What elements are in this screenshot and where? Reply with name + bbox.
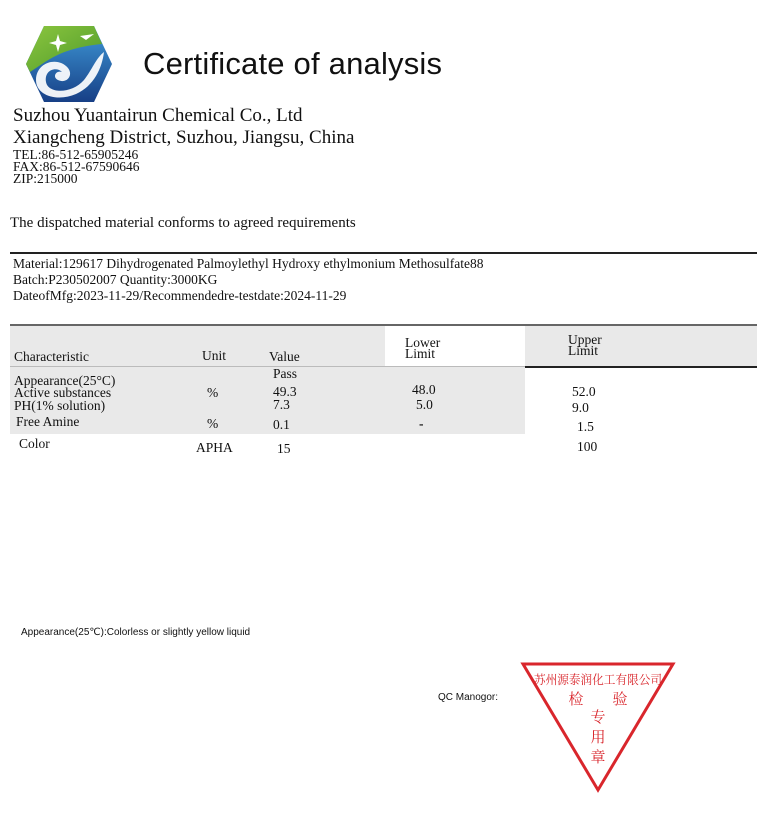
- batch-line: Batch:P230502007 Quantity:3000KG: [13, 272, 217, 288]
- header-unit: Unit: [202, 348, 226, 364]
- header-upper-limit-line2: Limit: [568, 345, 602, 356]
- divider: [10, 252, 757, 254]
- cell-lower-limit: -: [419, 417, 424, 430]
- cell-unit: %: [207, 386, 218, 399]
- svg-text:苏州源泰润化工有限公司: 苏州源泰润化工有限公司: [534, 672, 662, 687]
- cell-lower-limit: 5.0: [416, 398, 433, 411]
- header-characteristic: Characteristic: [14, 349, 89, 365]
- svg-text:检: 检: [568, 690, 583, 708]
- cell-upper-limit: 9.0: [572, 401, 589, 414]
- cell-upper-limit: 100: [577, 440, 597, 453]
- appearance-note: Appearance(25℃):Colorless or slightly ye…: [21, 627, 250, 638]
- cell-unit: APHA: [196, 441, 233, 454]
- cell-value: Pass: [273, 367, 297, 380]
- material-line: Material:129617 Dihydrogenated Palmoylet…: [13, 256, 484, 272]
- company-logo-icon: [22, 24, 114, 104]
- svg-text:验: 验: [612, 690, 627, 708]
- company-address: Xiangcheng District, Suzhou, Jiangsu, Ch…: [13, 127, 354, 149]
- svg-text:用: 用: [590, 728, 605, 746]
- cell-characteristic: Color: [19, 437, 50, 450]
- conformance-statement: The dispatched material conforms to agre…: [10, 215, 356, 232]
- cell-lower-limit: 48.0: [412, 383, 436, 396]
- cell-value: 7.3: [273, 398, 290, 411]
- table-header-bg: [525, 326, 757, 366]
- inspection-stamp-icon: 苏州源泰润化工有限公司 检 验 专 用 章: [520, 660, 676, 794]
- cell-unit: %: [207, 417, 218, 430]
- company-name: Suzhou Yuantairun Chemical Co., Ltd: [13, 105, 303, 127]
- page-title: Certificate of analysis: [143, 46, 442, 82]
- svg-text:专: 专: [590, 708, 605, 726]
- cell-characteristic: PH(1% solution): [14, 399, 105, 412]
- header-lower-limit-line2: Limit: [405, 348, 440, 359]
- cell-value: 0.1: [273, 418, 290, 431]
- company-zip: ZIP:215000: [13, 172, 78, 185]
- cell-value: 15: [277, 442, 291, 455]
- header-lower-limit: Lower Limit: [405, 337, 440, 359]
- header-upper-limit: Upper Limit: [568, 334, 602, 356]
- dates-line: DateofMfg:2023-11-29/Recommendedre-testd…: [13, 288, 346, 304]
- cell-upper-limit: 1.5: [577, 420, 594, 433]
- cell-upper-limit: 52.0: [572, 385, 596, 398]
- cell-characteristic: Free Amine: [16, 415, 79, 428]
- header-value: Value: [269, 349, 300, 365]
- svg-text:章: 章: [590, 748, 605, 766]
- qc-manager-label: QC Manogor:: [438, 692, 498, 703]
- table-header-rule: [525, 366, 757, 368]
